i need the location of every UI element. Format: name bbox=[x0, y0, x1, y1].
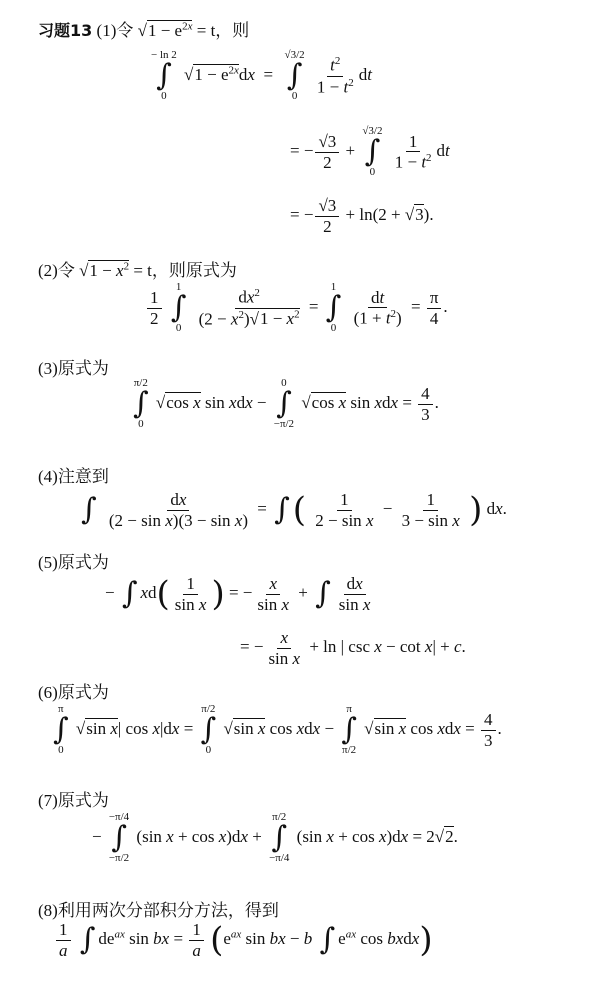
part-6-intro: (6)原式为 bbox=[38, 678, 109, 703]
part-3-intro: (3)原式为 bbox=[38, 354, 109, 379]
part-4-equation: ∫ dx(2 − sin x)(3 − sin x) = ∫( 12 − sin… bbox=[78, 490, 507, 530]
part-1-tail: = t，则 bbox=[197, 21, 250, 40]
part-7-equation: − −π/4∫−π/2 (sin x + cos x)dx + π/2∫−π/4… bbox=[92, 812, 458, 864]
part-8-intro: (8)利用两次分部积分方法，得到 bbox=[38, 896, 279, 921]
part-8-equation: 1a ∫deax sin bx = 1a (eax sin bx − b ∫ea… bbox=[54, 920, 433, 960]
part-1-equation-3: = −√32 + ln(2 + √3). bbox=[290, 196, 434, 236]
part-4-intro: (4)注意到 bbox=[38, 462, 109, 487]
part-3-equation: π/2∫0 √cos x sin xdx − 0∫−π/2 √cos x sin… bbox=[130, 378, 439, 430]
part-1-equation-2: = −√32 + √3/2∫0 11 − t2dt bbox=[290, 126, 450, 178]
exercise-title: 习题13 bbox=[38, 21, 92, 40]
part-2-intro: (2)令 √1 − x2 = t，则原式为 bbox=[38, 256, 237, 281]
part-1-label: (1)令 bbox=[97, 21, 134, 40]
exercise-heading: 习题13 (1)令 √1 − e2x = t，则 bbox=[38, 16, 249, 41]
part-5-equation-2: = −xsin x + ln | csc x − cot x| + c. bbox=[240, 628, 466, 668]
substitution-expr: √1 − e2x bbox=[138, 20, 193, 40]
part-1-equation-1: − ln 2∫0 √1 − e2xdx = √3/2∫0 t21 − t2dt bbox=[148, 50, 372, 102]
part-7-intro: (7)原式为 bbox=[38, 786, 109, 811]
part-2-equation: 12 1∫0 dx2(2 − x2)√1 − x2 = 1∫0 dt(1 + t… bbox=[145, 282, 448, 334]
part-5-equation-1: − ∫xd(1sin x) = −xsin x + ∫dxsin x bbox=[105, 574, 375, 614]
part-5-intro: (5)原式为 bbox=[38, 548, 109, 573]
part-6-equation: π∫0 √sin x| cos x|dx = π/2∫0 √sin x cos … bbox=[50, 704, 502, 756]
